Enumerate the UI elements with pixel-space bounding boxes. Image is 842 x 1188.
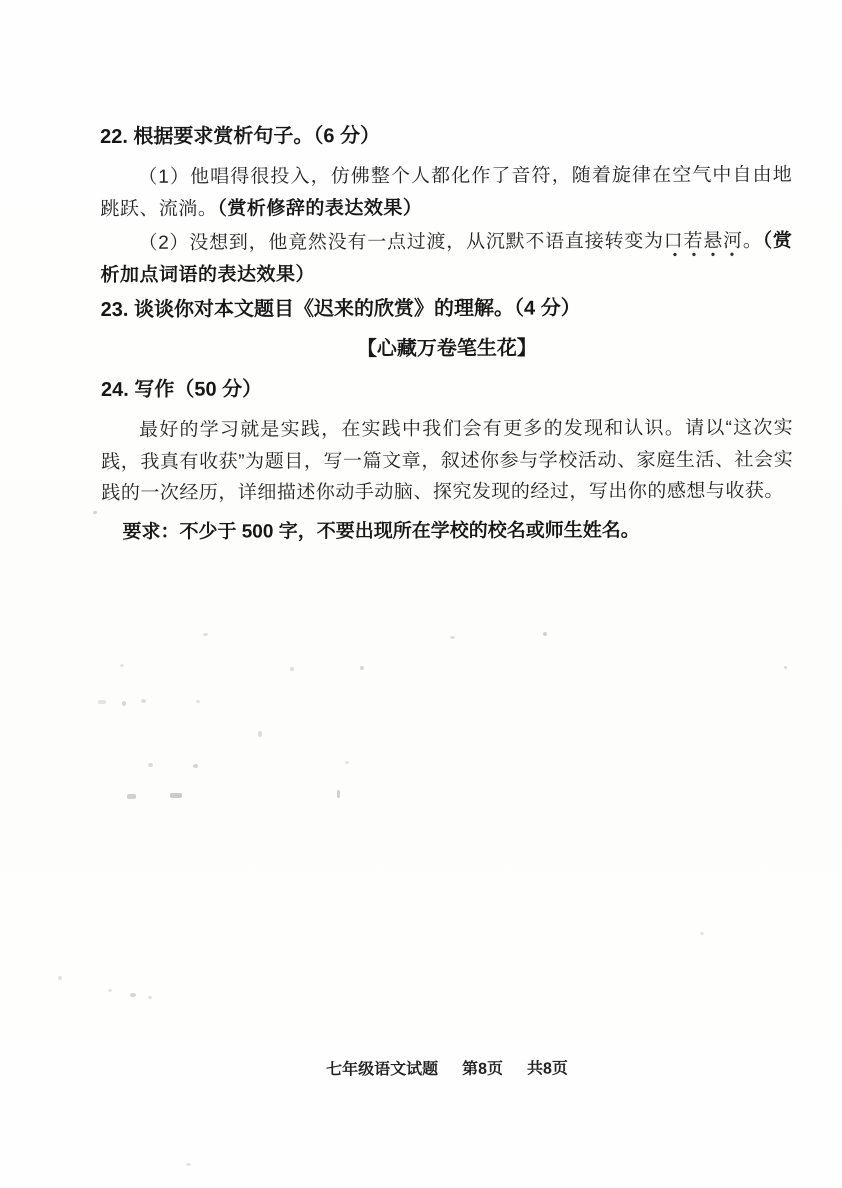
scan-speck [543, 632, 547, 636]
q22-item2-sentence: （2）没想到，他竟然没有一点过渡，从沉默不语直接转变为 [138, 231, 663, 254]
scan-speck [360, 666, 364, 670]
q22-item1-note: （赏析修辞的表达效果） [217, 197, 422, 219]
scan-speck [345, 761, 349, 764]
question-24-prompt: 最好的学习就是实践，在实践中我们会有更多的发现和认识。请以“这次实践，我真有收获… [101, 413, 793, 510]
scan-speck [141, 699, 146, 703]
scan-speck [193, 764, 198, 768]
scan-speck [700, 932, 704, 935]
question-23-title: 23. 谈谈你对本文题目《迟来的欣赏》的理解。（4 分） [101, 293, 793, 325]
scan-speck [120, 664, 124, 667]
q22-item2-emphasized-idiom: 口若悬河 [664, 231, 743, 257]
scan-speck [127, 794, 136, 799]
scan-speck [450, 636, 455, 639]
scan-speck [337, 790, 340, 798]
page-footer: 七年级语文试题 第8页 共8页 [26, 1054, 842, 1081]
section-header-writing: 【心藏万卷笔生花】 [101, 333, 793, 365]
scan-speck [130, 993, 136, 997]
scanned-exam-page: 22. 根据要求赏析句子。（6 分） （1）他唱得很投入，仿佛整个人都化作了音符… [0, 0, 842, 1188]
scan-speck [170, 793, 182, 798]
question-22-title: 22. 根据要求赏析句子。（6 分） [100, 120, 792, 152]
scan-speck [186, 1163, 191, 1166]
scan-speck [784, 666, 787, 669]
scan-speck [148, 763, 153, 767]
question-22-item-1: （1）他唱得很投入，仿佛整个人都化作了音符，随着旋律在空气中自由地跳跃、流淌。（… [100, 160, 792, 225]
footer-page-number: 第8页 [462, 1056, 503, 1079]
exam-content: 22. 根据要求赏析句子。（6 分） （1）他唱得很投入，仿佛整个人都化作了音符… [100, 120, 793, 548]
question-22-item-2: （2）没想到，他竟然没有一点过渡，从沉默不语直接转变为口若悬河。（赏析加点词语的… [100, 226, 792, 291]
footer-total-pages: 共8页 [527, 1055, 568, 1078]
scan-speck [196, 700, 200, 703]
question-24-requirement: 要求：不少于 500 字，不要出现所在学校的校名或师生姓名。 [101, 515, 793, 547]
footer-exam-title: 七年级语文试题 [326, 1056, 438, 1079]
scan-speck [290, 667, 294, 671]
scan-speck [203, 633, 208, 636]
scan-speck [93, 511, 97, 514]
scan-speck [108, 989, 112, 992]
question-24-title: 24. 写作（50 分） [101, 373, 793, 405]
scan-speck [98, 700, 106, 704]
q22-item1-sentence: （1）他唱得很投入，仿佛整个人都化作了音符，随着旋律在空气中自由地跳跃、流淌。 [100, 165, 792, 220]
scan-speck [58, 976, 62, 980]
scan-speck [148, 996, 152, 999]
q22-item2-period: 。 [743, 231, 763, 252]
scan-speck [258, 731, 262, 737]
scan-speck [122, 701, 126, 706]
